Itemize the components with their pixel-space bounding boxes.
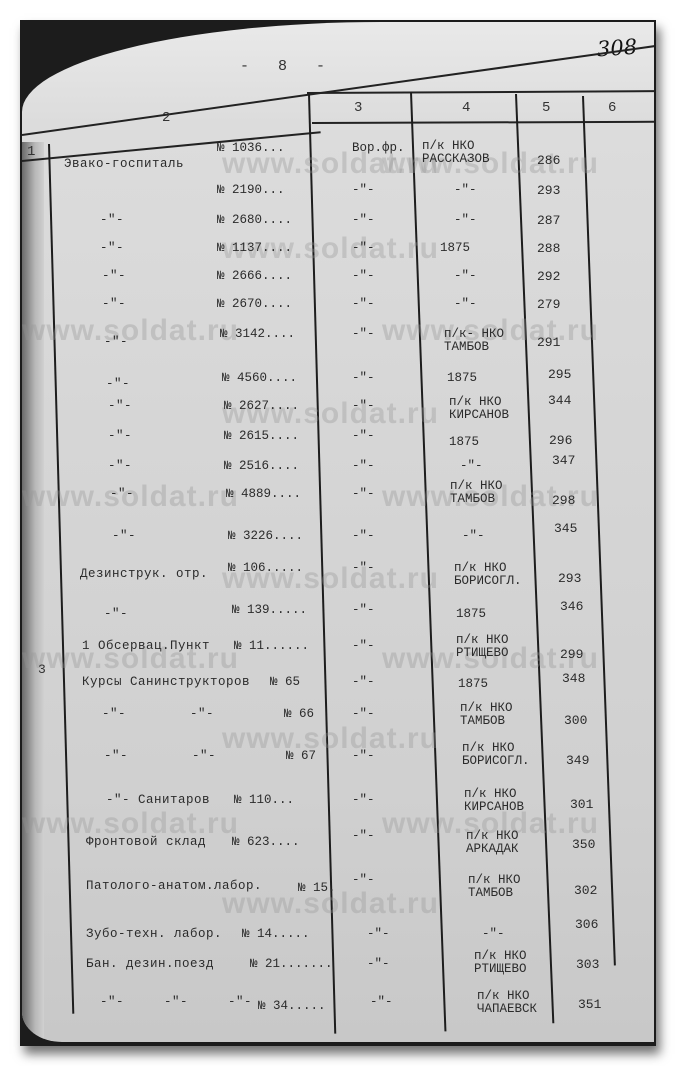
table-row: -"- -"- № 67 -"- п/к НКО БОРИСОГЛ. 349	[22, 742, 654, 772]
unit-number: № 3226....	[228, 530, 303, 543]
front: -"-	[352, 184, 375, 197]
front: -"-	[352, 830, 375, 843]
unit-name: -"- -"-	[102, 708, 214, 721]
table-row: -"- № 2516.... -"- -"- 347	[22, 460, 654, 490]
unit-number: № 623....	[232, 836, 300, 849]
unit-name: -"-	[106, 378, 130, 391]
unit-number: № 15.	[298, 882, 336, 895]
register-number: 345	[554, 522, 577, 535]
unit-number: № 66	[284, 708, 314, 721]
unit-name: Эвако-госпиталь	[64, 158, 184, 171]
table-row: -"- № 2670.... -"- -"- 279	[22, 298, 654, 328]
register-number: 303	[576, 958, 599, 971]
unit-name: Патолого-анатом.лабор.	[86, 880, 262, 893]
location: п/к НКО БОРИСОГЛ.	[454, 562, 544, 588]
front: -"-	[352, 562, 375, 575]
location: -"-	[454, 184, 477, 197]
unit-name: -"-	[108, 430, 132, 443]
unit-number: № 14.....	[242, 928, 310, 941]
location: -"-	[460, 460, 483, 473]
register-number: 293	[537, 184, 560, 197]
table-row: 1 Обсервац.Пункт № 11...... -"- п/к НКО …	[22, 634, 654, 664]
unit-name: Бан. дезин.поезд	[86, 958, 214, 971]
unit-number: № 1036...	[217, 142, 285, 155]
front: -"-	[352, 460, 375, 473]
location: 1875	[458, 678, 488, 691]
front: -"-	[352, 640, 375, 653]
front: -"-	[352, 794, 375, 807]
archive-document-page: - 8 - 308 1 2 3 4 5 6 www.soldat.ru www.…	[22, 22, 654, 1042]
table-row: -"- -"- -"- № 34..... -"- п/к НКО ЧАПАЕВ…	[22, 992, 654, 1022]
column-header-4: 4	[462, 100, 470, 116]
table-row: -"- № 4889.... -"- п/к НКО ТАМБОВ 298	[22, 488, 654, 518]
unit-name: 1 Обсервац.Пункт	[82, 640, 210, 653]
register-number: 347	[552, 454, 575, 467]
register-number: 346	[560, 600, 583, 613]
unit-number: № 11......	[234, 640, 309, 653]
table-row: -"- № 1137.... -"- 1875 288	[22, 242, 654, 272]
column-header-5: 5	[542, 100, 550, 116]
table-row: Дезинструк. отр. № 106..... -"- п/к НКО …	[22, 562, 654, 592]
unit-number: № 139.....	[232, 604, 307, 617]
location: п/к НКО ЧАПАЕВСК	[477, 990, 562, 1016]
unit-name: -"-	[108, 400, 132, 413]
unit-number: № 2666....	[217, 270, 292, 283]
location: 1875	[456, 608, 486, 621]
register-number: 349	[566, 754, 589, 767]
register-number: 293	[558, 572, 581, 585]
unit-name: Курсы Санинструкторов	[82, 676, 250, 689]
location: п/к НКО ТАМБОВ	[450, 480, 535, 506]
unit-number: № 106.....	[228, 562, 303, 575]
front: -"-	[352, 270, 375, 283]
location: п/к НКО КИРСАНОВ	[464, 788, 549, 814]
location: -"-	[482, 928, 505, 941]
front: -"-	[352, 372, 375, 385]
unit-number: № 65	[270, 676, 300, 689]
register-number: 296	[549, 434, 572, 447]
unit-number: № 1137....	[217, 242, 292, 255]
column-header-6: 6	[608, 100, 616, 116]
unit-number: № 2190...	[217, 184, 285, 197]
register-number: 302	[574, 884, 597, 897]
register-number: 279	[537, 298, 560, 311]
front: -"-	[352, 874, 375, 887]
location: -"-	[454, 298, 477, 311]
unit-number: № 4889....	[226, 488, 301, 501]
location: п/к НКО РТИЩЕВО	[474, 950, 559, 976]
table-row: -"- № 139..... -"- 1875 346	[22, 604, 654, 634]
register-number: 295	[548, 368, 571, 381]
register-number: 299	[560, 648, 583, 661]
front: -"-	[352, 242, 375, 255]
location: п/к НКО КИРСАНОВ	[449, 396, 534, 422]
front: Вор.фр.	[352, 142, 405, 155]
register-number: 350	[572, 838, 595, 851]
location: 1875	[447, 372, 477, 385]
register-number: 348	[562, 672, 585, 685]
unit-name: -"-	[104, 608, 128, 621]
front: -"-	[352, 430, 375, 443]
unit-number: № 4560....	[222, 372, 297, 385]
location: п/к НКО РАССКАЗОВ	[422, 140, 502, 166]
unit-number: № 2615....	[224, 430, 299, 443]
table-row: -"- № 3226.... -"- -"- 345	[22, 530, 654, 560]
table-row: -"- Санитаров № 110... -"- п/к НКО КИРСА…	[22, 788, 654, 818]
table-row: Зубо-техн. лабор. № 14..... -"- -"- 306	[22, 918, 654, 948]
location: -"-	[454, 214, 477, 227]
register-number: 306	[575, 918, 598, 931]
table-row: Эвако-госпиталь № 1036... Вор.фр. п/к НК…	[22, 140, 654, 170]
unit-name: -"- Санитаров	[106, 794, 210, 807]
front: -"-	[352, 604, 375, 617]
register-number: 300	[564, 714, 587, 727]
location: п/к НКО БОРИСОГЛ.	[462, 742, 552, 768]
unit-name: -"-	[108, 460, 132, 473]
unit-number: № 2627....	[224, 400, 299, 413]
front: -"-	[352, 676, 375, 689]
header-top-rule-right	[307, 90, 654, 94]
table-row: Бан. дезин.поезд № 21....... -"- п/к НКО…	[22, 950, 654, 980]
table-row: Фронтовой склад № 623.... -"- п/к НКО АР…	[22, 830, 654, 860]
unit-number: № 2670....	[217, 298, 292, 311]
unit-name: -"- -"-	[104, 750, 216, 763]
location: п/к НКО ТАМБОВ	[460, 702, 545, 728]
unit-name: -"-	[100, 242, 124, 255]
front: -"-	[352, 214, 375, 227]
unit-number: № 3142....	[220, 328, 295, 341]
unit-name: Фронтовой склад	[86, 836, 206, 849]
unit-name: Зубо-техн. лабор.	[86, 928, 222, 941]
unit-name: -"-	[100, 214, 124, 227]
unit-number: № 2680....	[217, 214, 292, 227]
unit-number: № 2516....	[224, 460, 299, 473]
unit-name: -"-	[102, 298, 126, 311]
unit-name: -"-	[102, 270, 126, 283]
table-row: -"- № 2666.... -"- -"- 292	[22, 270, 654, 300]
front: -"-	[352, 328, 375, 341]
location: -"-	[462, 530, 485, 543]
location: п/к- НКО ТАМБОВ	[444, 328, 529, 354]
unit-name: Дезинструк. отр.	[80, 568, 208, 581]
table-row: № 2190... -"- -"- 293	[22, 184, 654, 214]
unit-number: № 110...	[234, 794, 294, 807]
table-row: -"- № 2680.... -"- -"- 287	[22, 214, 654, 244]
front: -"-	[352, 530, 375, 543]
location: 1875	[440, 242, 470, 255]
page-marker: - 8 -	[240, 58, 335, 75]
location: 1875	[449, 436, 479, 449]
table-row: -"- -"- № 66 -"- п/к НКО ТАМБОВ 300	[22, 700, 654, 730]
table-row: -"- № 3142.... -"- п/к- НКО ТАМБОВ 291	[22, 328, 654, 358]
register-number: 292	[537, 270, 560, 283]
register-number: 291	[537, 336, 560, 349]
unit-number: № 67	[286, 750, 316, 763]
column-header-3: 3	[354, 100, 362, 116]
table-row: Патолого-анатом.лабор. № 15. -"- п/к НКО…	[22, 874, 654, 904]
front: -"-	[352, 708, 375, 721]
table-row: -"- № 2627.... -"- п/к НКО КИРСАНОВ 344	[22, 400, 654, 430]
unit-name: -"-	[112, 530, 136, 543]
unit-number: № 34.....	[258, 1000, 326, 1013]
column-header-2: 2	[162, 110, 170, 126]
location: п/к НКО РТИЩЕВО	[456, 634, 541, 660]
unit-name: -"-	[104, 336, 128, 349]
register-number: 344	[548, 394, 571, 407]
front: -"-	[370, 996, 393, 1009]
location: -"-	[454, 270, 477, 283]
table-row: Курсы Санинструкторов № 65 -"- 1875 348	[22, 672, 654, 702]
location: п/к НКО АРКАДАК	[466, 830, 551, 856]
unit-number: № 21.......	[250, 958, 333, 971]
register-number: 287	[537, 214, 560, 227]
register-number: 298	[552, 494, 575, 507]
front: -"-	[352, 750, 375, 763]
register-number: 286	[537, 154, 560, 167]
register-number: 351	[578, 998, 601, 1011]
front: -"-	[352, 400, 375, 413]
front: -"-	[352, 488, 375, 501]
unit-name: -"- -"- -"-	[100, 996, 252, 1009]
register-number: 301	[570, 798, 593, 811]
unit-name: -"-	[110, 488, 134, 501]
location: п/к НКО ТАМБОВ	[468, 874, 553, 900]
front: -"-	[352, 298, 375, 311]
register-number: 288	[537, 242, 560, 255]
front: -"-	[367, 958, 390, 971]
header-bottom-rule-right	[312, 121, 654, 124]
front: -"-	[367, 928, 390, 941]
